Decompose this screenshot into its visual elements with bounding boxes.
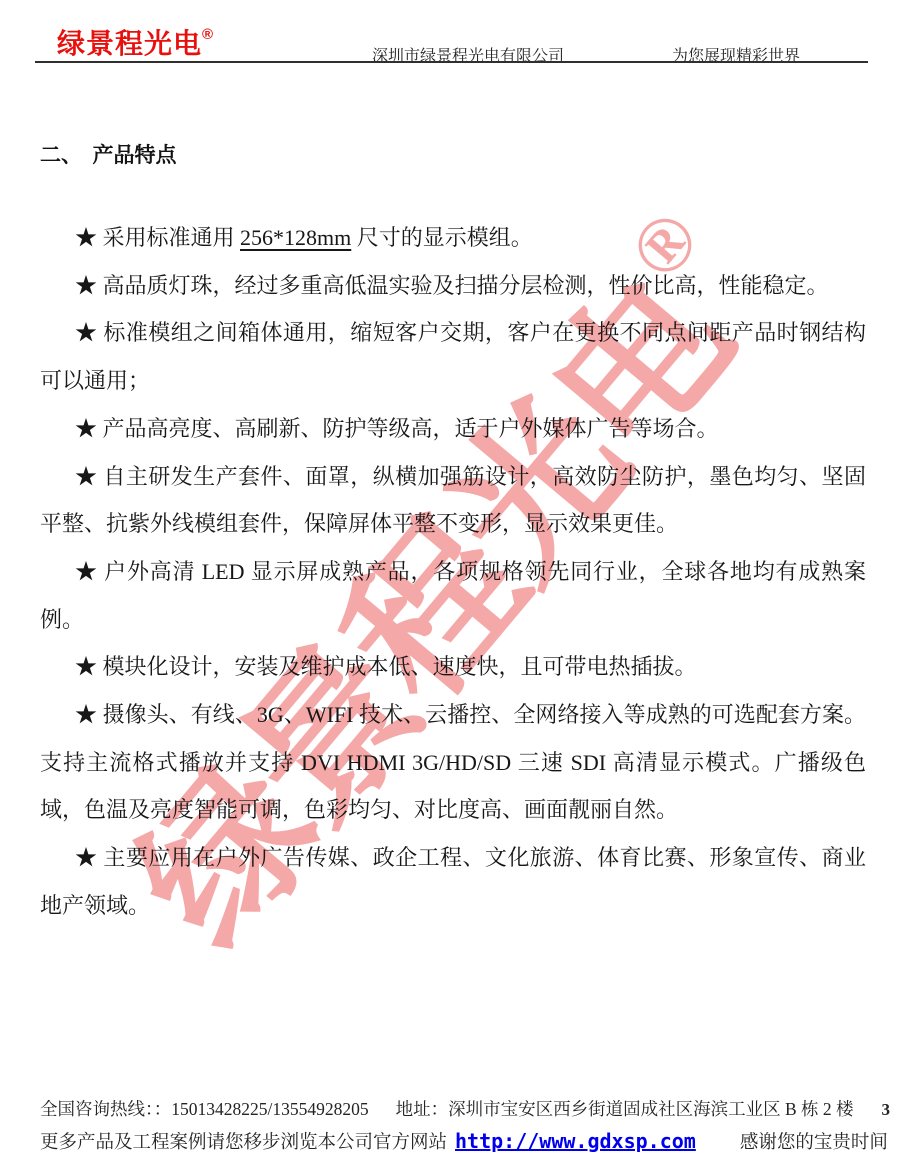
- footer-website-prefix: 更多产品及工程案例请您移步浏览本公司官方网站: [40, 1128, 447, 1154]
- feature-item: ★ 采用标准通用 256*128mm 尺寸的显示模组。: [40, 214, 866, 262]
- footer-hotline: 全国咨询热线：：15013428225/13554928205: [40, 1096, 369, 1121]
- feature-item: ★ 摄像头、有线、3G、WIFI 技术、云播控、全网络接入等成熟的可选配套方案。…: [40, 691, 866, 834]
- website-link[interactable]: http://www.gdxsp.com: [455, 1129, 696, 1153]
- company-logo: 绿景程光电®: [57, 22, 213, 62]
- feature-item: ★ 模块化设计，安装及维护成本低、速度快，且可带电热插拔。: [40, 643, 866, 691]
- feature-item: ★ 主要应用在户外广告传媒、政企工程、文化旅游、体育比赛、形象宣传、商业地产领域…: [40, 834, 866, 929]
- feature-item: ★ 产品高亮度、高刷新、防护等级高，适于户外媒体广告等场合。: [40, 405, 866, 453]
- feature-text: ★ 采用标准通用: [75, 225, 240, 250]
- feature-item: ★ 标准模组之间箱体通用，缩短客户交期，客户在更换不同点间距产品时钢结构可以通用…: [40, 309, 866, 404]
- feature-text: 尺寸的显示模组。: [351, 225, 533, 250]
- footer-thanks: 感谢您的宝贵时间: [740, 1128, 888, 1154]
- footer-address: 地址：深圳市宝安区西乡街道固成社区海滨工业区 B 栋 2 楼: [396, 1096, 854, 1121]
- document-page: 绿景程光电® 绿景程光电® 深圳市绿景程光电有限公司 为您展现精彩世界 二、 产…: [0, 0, 900, 1174]
- company-logo-text: 绿景程光电: [57, 28, 202, 59]
- header-divider: [35, 61, 868, 63]
- feature-underlined-dimension: 256*128mm: [240, 225, 351, 250]
- feature-item: ★ 高品质灯珠，经过多重高低温实验及扫描分层检测，性价比高，性能稳定。: [40, 262, 866, 310]
- registered-trademark-icon: ®: [202, 26, 213, 43]
- feature-item: ★ 自主研发生产套件、面罩，纵横加强筋设计，高效防尘防护，墨色均匀、坚固平整、抗…: [40, 453, 866, 548]
- feature-item: ★ 户外高清 LED 显示屏成熟产品，各项规格领先同行业，全球各地均有成熟案例。: [40, 548, 866, 643]
- page-number: 3: [882, 1100, 891, 1120]
- footer-contact-line: 全国咨询热线：：15013428225/13554928205 地址：深圳市宝安…: [40, 1096, 870, 1121]
- feature-list: ★ 采用标准通用 256*128mm 尺寸的显示模组。 ★ 高品质灯珠，经过多重…: [40, 214, 866, 930]
- section-title: 二、 产品特点: [40, 139, 177, 169]
- footer-website-line: 更多产品及工程案例请您移步浏览本公司官方网站 http://www.gdxsp.…: [40, 1128, 870, 1154]
